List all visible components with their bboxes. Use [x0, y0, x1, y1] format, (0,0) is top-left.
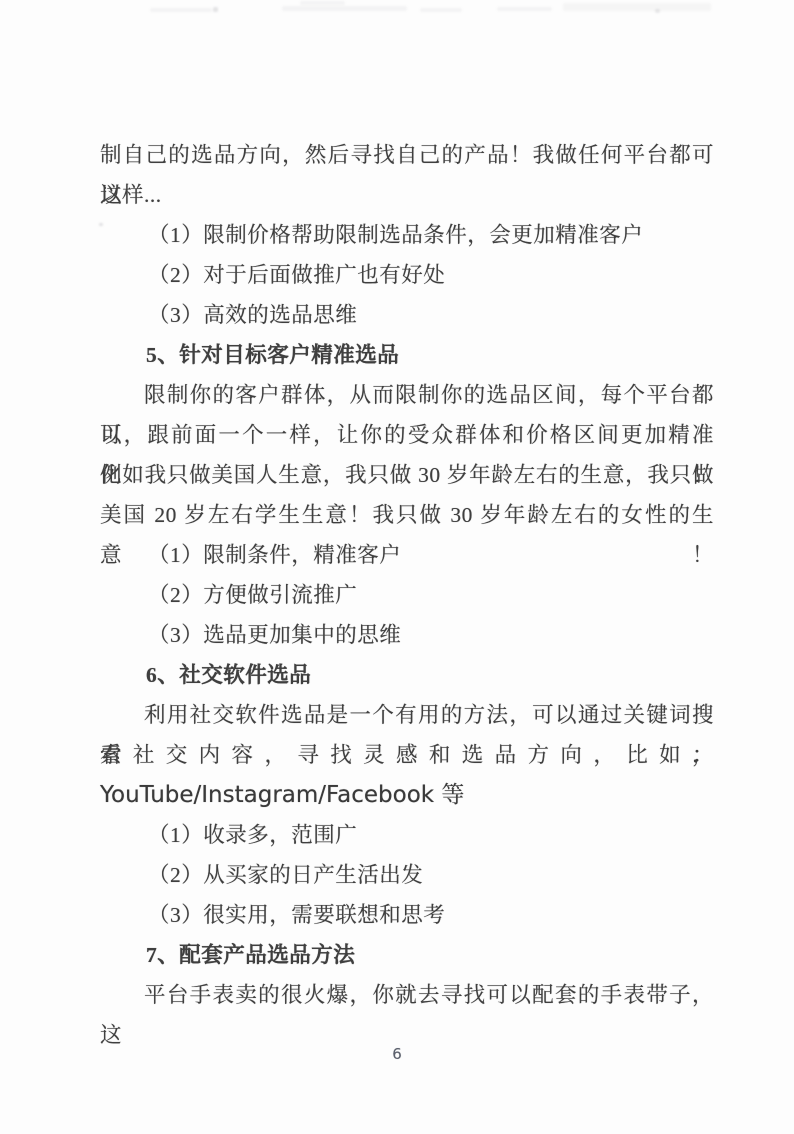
text-line: 以，跟前面一个一样，让你的受众群体和价格区间更加精准化！ — [100, 415, 714, 455]
list-item: （2）对于后面做推广也有好处 — [100, 255, 714, 295]
page-number: 6 — [0, 1045, 794, 1063]
scanned-document-page: 制自己的选品方向，然后寻找自己的产品！我做任何平台都可以 这样... （1）限制… — [0, 0, 794, 1134]
scan-smudge — [563, 3, 711, 11]
list-item: （3）选品更加集中的思维 — [100, 615, 714, 655]
page-content: 制自己的选品方向，然后寻找自己的产品！我做任何平台都可以 这样... （1）限制… — [100, 135, 714, 1015]
list-item: （2）方便做引流推广 — [100, 575, 714, 615]
text-line: 利用社交软件选品是一个有用的方法，可以通过关键词搜索， — [100, 695, 714, 735]
list-item: （3）高效的选品思维 — [100, 295, 714, 335]
list-item: （3）很实用，需要联想和思考 — [100, 895, 714, 935]
list-item: （2）从买家的日产生活出发 — [100, 855, 714, 895]
text-line: 限制你的客户群体，从而限制你的选品区间，每个平台都可 — [100, 375, 714, 415]
section-heading-5: 5、针对目标客户精准选品 — [100, 335, 714, 375]
text-line: 美国 20 岁左右学生生意！我只做 30 岁年龄左右的女性的生意！ — [100, 495, 714, 535]
text-line: 看社交内容，寻找灵感和选品方向，比如： — [100, 735, 714, 775]
section-heading-6: 6、社交软件选品 — [100, 655, 714, 695]
scan-smudge — [150, 8, 212, 12]
scan-smudge — [282, 6, 407, 11]
scan-smudge — [497, 7, 552, 11]
scan-smudge — [420, 8, 462, 12]
text-line: 这样... — [100, 175, 714, 215]
scan-smudge — [300, 1, 345, 5]
text-line: 平台手表卖的很火爆，你就去寻找可以配套的手表带子，这 — [100, 975, 714, 1015]
scan-smudge — [213, 7, 218, 12]
list-item: （1）收录多，范围广 — [100, 815, 714, 855]
text-line: 制自己的选品方向，然后寻找自己的产品！我做任何平台都可以 — [100, 135, 714, 175]
section-heading-7: 7、配套产品选品方法 — [100, 935, 714, 975]
text-line: 例如我只做美国人生意，我只做 30 岁年龄左右的生意，我只做 — [100, 455, 714, 495]
list-item: （1）限制价格帮助限制选品条件，会更加精准客户 — [100, 215, 714, 255]
text-line-platforms: YouTube/Instagram/Facebook 等 — [100, 775, 714, 815]
scan-smudge — [655, 9, 660, 13]
